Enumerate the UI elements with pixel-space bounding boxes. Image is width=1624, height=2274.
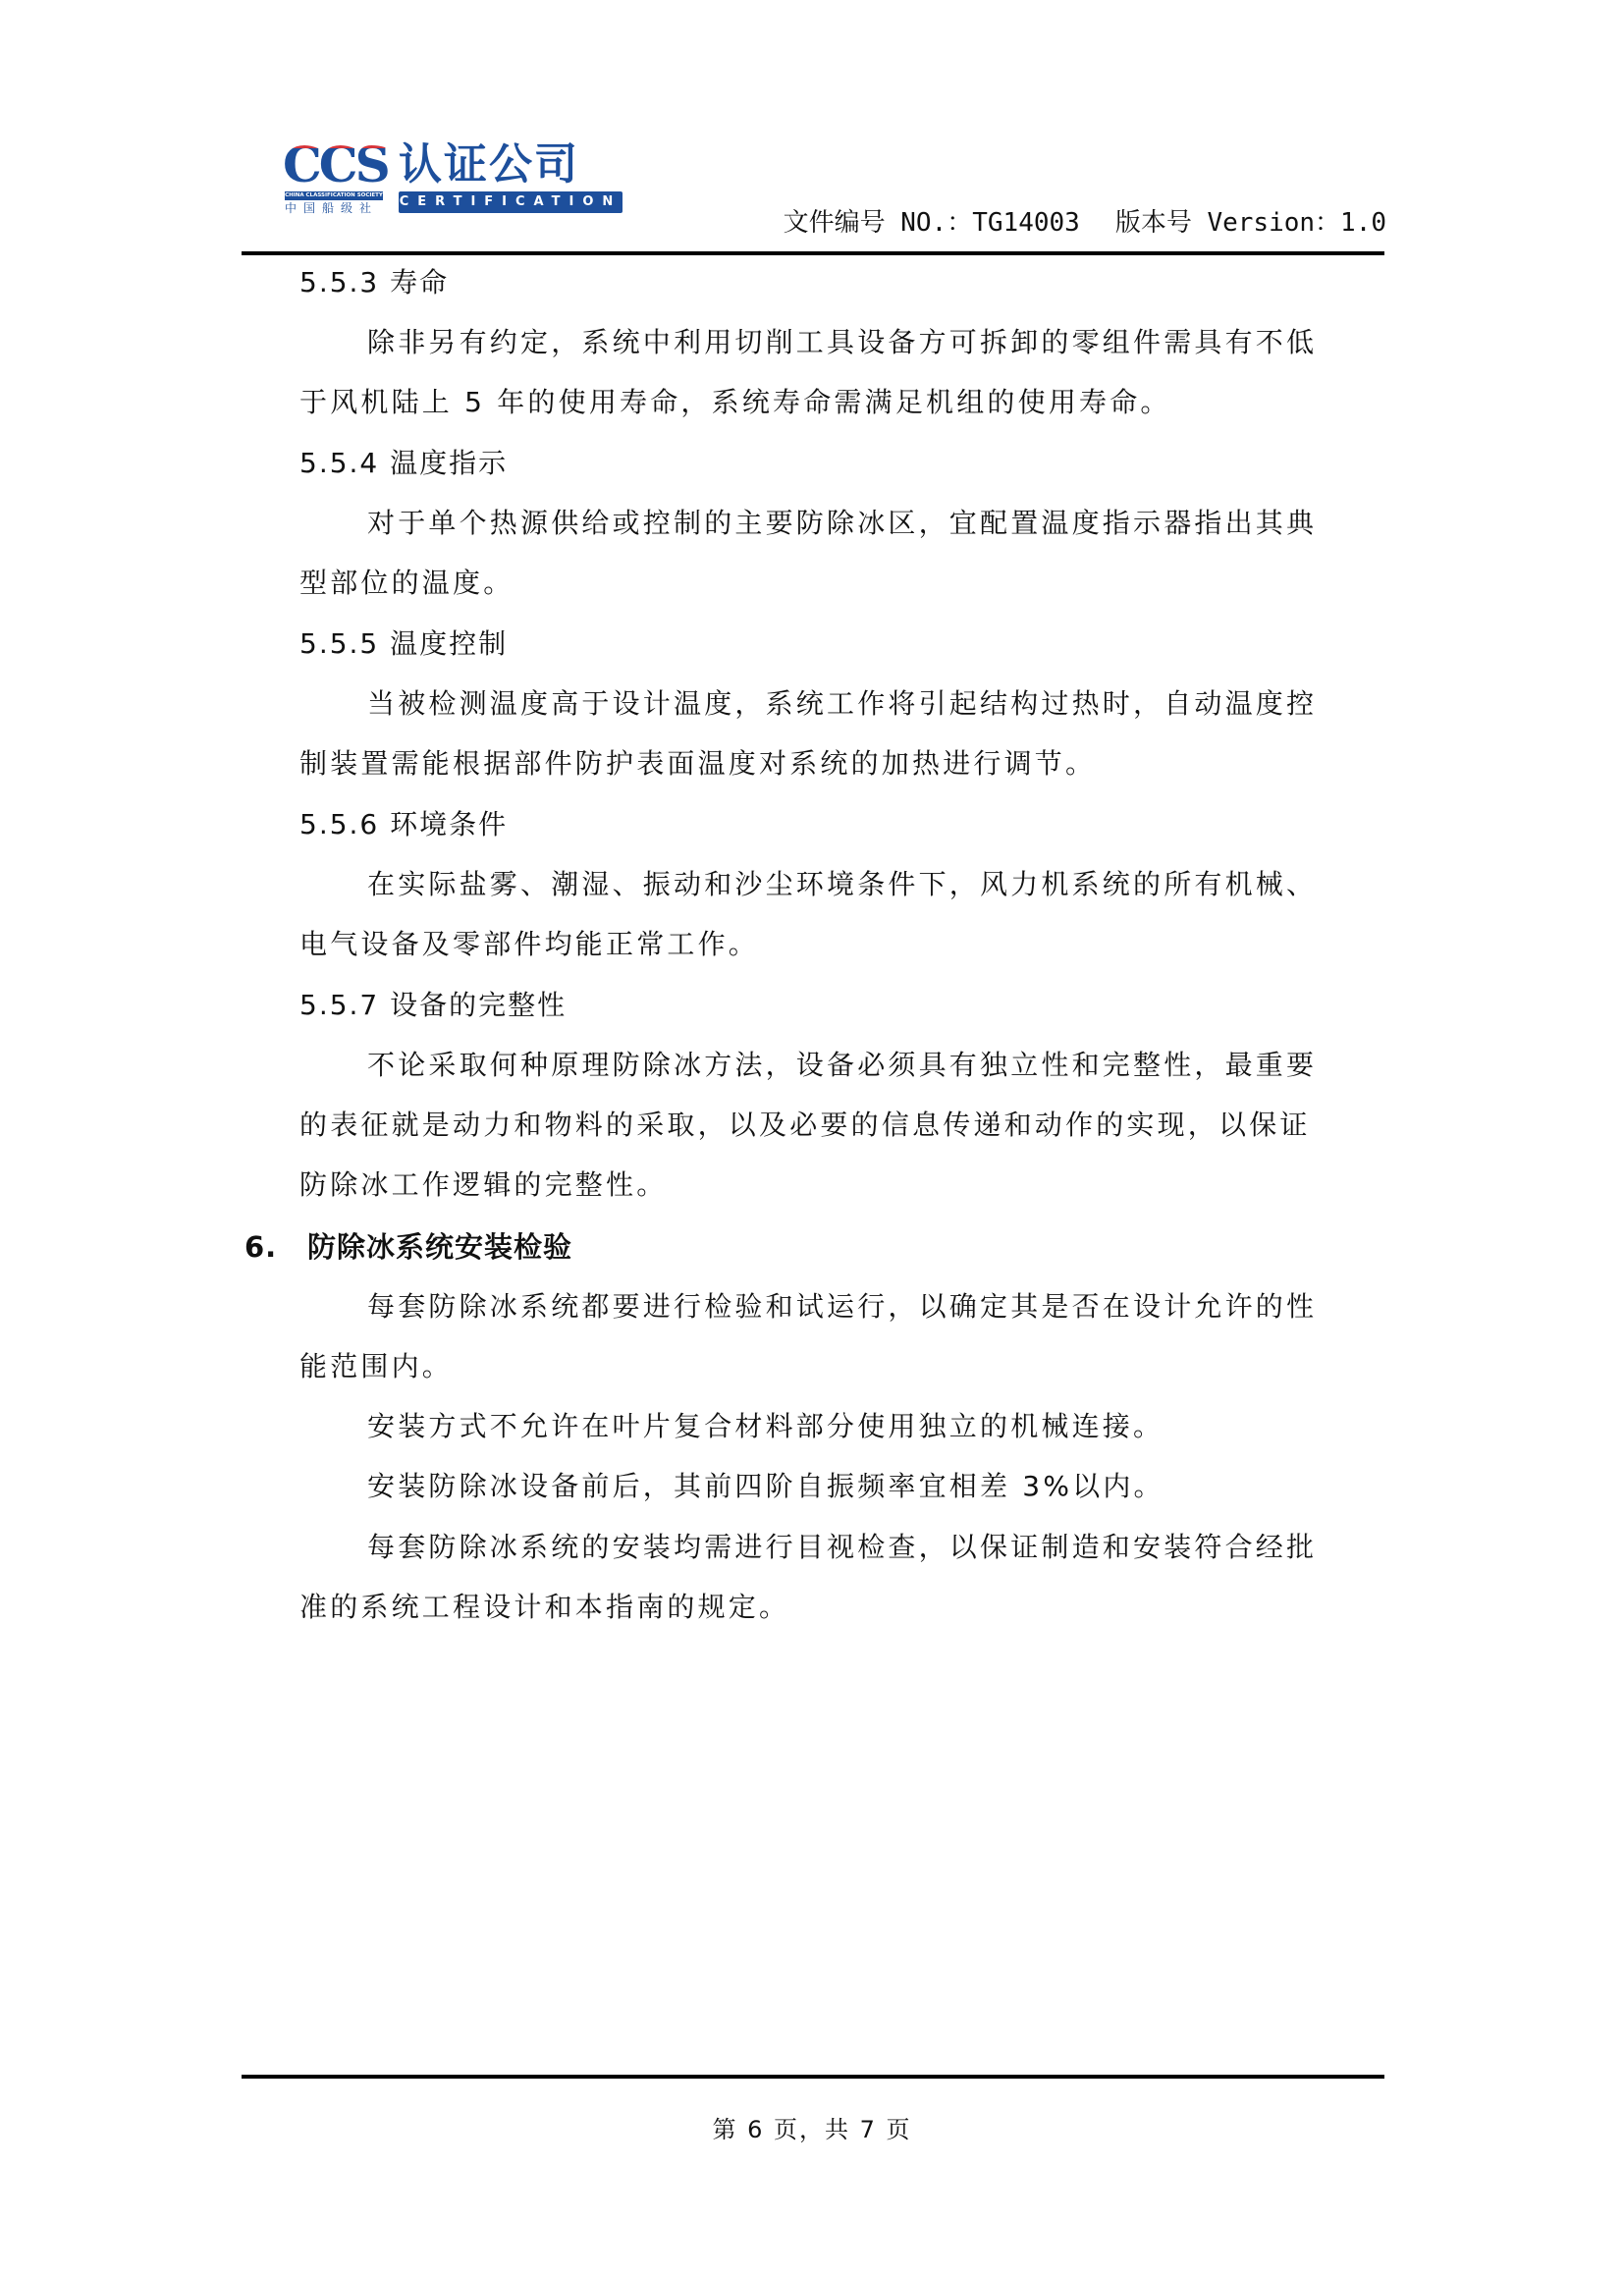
paragraph-line: 每套防除冰系统的安装均需进行目视检查，以保证制造和安装符合经批: [367, 1528, 1317, 1567]
paragraph-line: 安装防除冰设备前后，其前四阶自振频率宜相差 3%以内。: [367, 1467, 1164, 1506]
paragraph-line: 能范围内。: [299, 1347, 453, 1386]
ccs-certification-logo: CCS CHINA CLASSIFICATION SOCIETY 中国船级社 认…: [283, 140, 626, 215]
paragraph-line: 型部位的温度。: [299, 564, 514, 603]
paragraph-line: 安装方式不允许在叶片复合材料部分使用独立的机械连接。: [367, 1407, 1164, 1446]
logo-certification-company: 认证公司: [399, 140, 579, 189]
paragraph-line: 除非另有约定，系统中利用切削工具设备方可拆卸的零组件需具有不低: [367, 323, 1317, 362]
paragraph-line: 防除冰工作逻辑的完整性。: [299, 1165, 667, 1205]
section-heading: 5.5.6 环境条件: [299, 805, 508, 844]
section-heading: 5.5.7 设备的完整性: [299, 986, 567, 1025]
footer-divider: [242, 2075, 1384, 2079]
document-number: 文件编号 NO.：TG14003: [784, 208, 1080, 238]
logo-ccs-mark: CCS: [283, 140, 385, 189]
paragraph-line: 不论采取何种原理防除冰方法，设备必须具有独立性和完整性，最重要: [367, 1046, 1317, 1085]
header-divider: [242, 251, 1384, 255]
paragraph-line: 当被检测温度高于设计温度，系统工作将引起结构过热时，自动温度控: [367, 684, 1317, 724]
paragraph-line: 电气设备及零部件均能正常工作。: [299, 925, 759, 964]
page-number: 第 6 页，共 7 页: [0, 2115, 1624, 2144]
paragraph-line: 的表征就是动力和物料的采取，以及必要的信息传递和动作的实现，以保证: [299, 1106, 1311, 1145]
section-heading: 5.5.5 温度控制: [299, 624, 508, 664]
document-info: 文件编号 NO.：TG14003版本号 Version：1.0: [784, 208, 1386, 238]
document-version: 版本号 Version：1.0: [1115, 208, 1386, 238]
paragraph-line: 对于单个热源供给或控制的主要防除冰区，宜配置温度指示器指出其典: [367, 504, 1317, 543]
chapter-title: 防除冰系统安装检验: [307, 1230, 572, 1264]
logo-certification-banner: CERTIFICATION: [399, 191, 623, 213]
paragraph-line: 准的系统工程设计和本指南的规定。: [299, 1588, 789, 1627]
paragraph-line: 每套防除冰系统都要进行检验和试运行，以确定其是否在设计允许的性: [367, 1287, 1317, 1326]
chapter-heading: 6.防除冰系统安装检验: [244, 1227, 572, 1267]
chapter-number: 6.: [244, 1227, 307, 1267]
paragraph-line: 在实际盐雾、潮湿、振动和沙尘环境条件下，风力机系统的所有机械、: [367, 865, 1317, 904]
logo-society-banner: CHINA CLASSIFICATION SOCIETY: [285, 191, 383, 200]
section-heading: 5.5.4 温度指示: [299, 444, 508, 483]
paragraph-line: 制装置需能根据部件防护表面温度对系统的加热进行调节。: [299, 744, 1096, 784]
logo-chinese-name: 中国船级社: [285, 201, 383, 215]
section-heading: 5.5.3 寿命: [299, 263, 449, 302]
paragraph-line: 于风机陆上 5 年的使用寿命，系统寿命需满足机组的使用寿命。: [299, 383, 1171, 422]
